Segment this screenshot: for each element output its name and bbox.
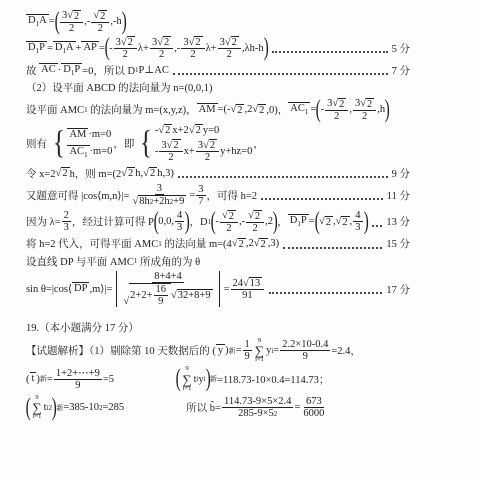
math-cases: {-√2x+2√2y=0-3√22x+3√22y+hz=0 [138, 124, 252, 163]
math-sigma: ∑ [182, 373, 191, 386]
math-line-14: 【试题解析】（1）剔除第 10 天数据后的 (y)新=199∑i=1yi=2.2… [26, 338, 410, 364]
math-line-11: 设直线 DP 与平面 AMC1 所成角的为 θ [26, 254, 410, 269]
math-cases: {AM·m=0AC1·m=0 [51, 128, 113, 159]
math-rbody: 2 [338, 98, 346, 110]
math-sum: 9∑i=1 [182, 366, 191, 392]
math-frac: 6736000 [301, 396, 326, 419]
math-sqrt: √8h2+2h2+9 [132, 195, 186, 207]
math-frac: 3√22 [159, 139, 182, 163]
math-vec: AC1 [288, 102, 310, 116]
math-frac: 3√8h2+2h2+9 [130, 183, 188, 207]
math-num: 114.73-9×5×2.4 [222, 396, 293, 408]
math-frac: 3√22 [325, 98, 348, 122]
math-rbody: 2 [254, 210, 262, 222]
math-sub: i [197, 375, 199, 383]
math-grp: (-3√22λ+3√22,-3√22λ+3√22,λh-h) [105, 36, 268, 60]
math-line-10: 将 h=2 代入，可得平面 AMC1 的法向量 m=(4√2,2√2,3)15 … [26, 236, 410, 251]
math-sub: 1 [36, 47, 40, 55]
math-bp: ( [211, 210, 216, 234]
math-frac: 37 [196, 184, 205, 207]
math-num: 3√2 [325, 98, 348, 111]
math-sqrt: √2 [157, 36, 171, 48]
math-grp: (9∑i=1tiyi) [176, 366, 210, 392]
math-line-16: (9∑i=1ti2)新=385-102=285所以 b̂=114.73-9×5×… [26, 395, 410, 421]
math-bp: ( [26, 396, 31, 420]
math-vec: AC [39, 63, 58, 77]
math-frac: 19 [243, 339, 252, 362]
math-sqrt: √2 [319, 216, 333, 228]
math-frac: 24√1391 [231, 277, 265, 301]
math-grp: (0,0,43) [154, 210, 190, 234]
math-line-7: 令 x=2√2h，则 m=(2√2h,√2h,3)9 分 [26, 166, 410, 181]
math-vec: D1A [53, 41, 76, 55]
math-num: 4 [175, 210, 184, 222]
math-den: 2 [96, 23, 105, 34]
math-num: 3√2 [159, 139, 182, 152]
math-frac: 3√22 [114, 36, 137, 60]
math-sup: 2 [150, 198, 154, 206]
math-grp: (9∑i=1ti2) [26, 395, 56, 421]
math-sub: 1 [135, 66, 139, 74]
math-sup: 2 [274, 410, 278, 418]
math-sqrt: √2 [336, 216, 350, 228]
math-rbody: 2 [238, 238, 246, 250]
math-rbody: 2 [228, 210, 236, 222]
math-den: 7 [196, 196, 205, 207]
dotted-leader [261, 198, 383, 200]
math-bp: ( [314, 210, 319, 234]
math-sub: 新 [40, 374, 47, 384]
math-num: 4 [353, 210, 362, 222]
math-den: 2 [332, 111, 341, 122]
math-sub: 1 [62, 47, 66, 55]
math-bp: ) [385, 98, 390, 122]
math-sqrt: √2 [143, 167, 157, 179]
math-gbody: -3√22λ+3√22,-3√22λ+3√22,λh-h [109, 36, 263, 60]
math-bar [116, 271, 117, 307]
math-bp: ) [52, 396, 57, 420]
math-line-15: (t)新=1+2+⋯+99=5(9∑i=1tiyi)新=118.73-10×0.… [26, 366, 410, 392]
math-rbody: 13 [249, 277, 263, 289]
math-rbody: 2 [149, 167, 157, 179]
math-crow: AM·m=0 [67, 128, 111, 142]
math-frac: 43 [353, 210, 362, 233]
math-frac: 8+4+4√2+2+169√32+8+9 [121, 271, 214, 307]
math-sqrt: √2+2+169 [123, 283, 171, 307]
math-rbody: 2 [231, 36, 239, 48]
math-sqrt: √32+8+9 [171, 289, 213, 301]
math-sub: 1 [297, 220, 301, 228]
math-frac: 3√22 [181, 36, 204, 60]
math-num: 2 [62, 210, 71, 222]
math-rbody: 2 [73, 10, 81, 22]
math-rbody: 2 [259, 238, 267, 250]
math-den: 6000 [301, 408, 326, 419]
math-rbody: 2 [209, 139, 217, 151]
math-den: 3 [62, 222, 71, 233]
math-rbody: 32+8+9 [177, 289, 213, 301]
math-frac: 1+2+⋯+99 [54, 367, 102, 391]
math-sub: 新 [56, 403, 63, 413]
math-vec: D1P [288, 214, 309, 228]
math-gbody: -√22,-√22,2 [215, 210, 273, 234]
math-line-13: 19.（本小题满分 17 分） [26, 320, 410, 335]
math-den: 2 [67, 23, 76, 34]
math-line-8: 又题意可得 |cos⟨m,n⟩|=3√8h2+2h2+9=37，可得 h=211… [26, 183, 410, 207]
math-frac: √22 [220, 210, 238, 234]
math-rbody: 2 [325, 216, 333, 228]
math-line-1: D1A=(3√22,-√22,-h) [26, 10, 410, 34]
math-grp: (√2,√2,43) [315, 210, 368, 234]
math-line-9: 因为 λ=23，经过计算可得 P(0,0,43)，D1(-√22,-√22,2)… [26, 210, 410, 234]
math-sqrt: √2 [189, 36, 203, 48]
math-line-2: D1P=D1A+AP=(-3√22λ+3√22,-3√22λ+3√22,λh-h… [26, 36, 410, 60]
math-rbody: 2 [195, 124, 203, 136]
math-sub: 1 [134, 257, 138, 265]
math-crow: -3√22x+3√22y+hz=0 [155, 139, 252, 163]
math-sub: 1 [36, 20, 40, 28]
math-sqrt: √2 [254, 238, 268, 250]
math-den: 2 [157, 49, 166, 60]
math-rbody: 2 [172, 139, 180, 151]
math-den: √2+2+169√32+8+9 [121, 283, 214, 307]
math-num: 1+2+⋯+9 [54, 367, 102, 380]
dotted-leader [283, 247, 382, 249]
math-rbody: 2 [258, 104, 266, 116]
math-crows: AM·m=0AC1·m=0 [67, 128, 112, 159]
math-sqrt: √2 [252, 104, 266, 116]
math-sqrt: √2 [225, 36, 239, 48]
math-den: 9 [301, 351, 310, 362]
math-den: 2 [224, 223, 233, 234]
math-frac: 169 [154, 284, 169, 307]
math-vec: AP [81, 41, 98, 55]
dotted-leader [173, 73, 388, 75]
math-vec: AC1 [67, 145, 89, 159]
math-frac: 3√22 [60, 10, 83, 34]
math-bp: ( [316, 98, 321, 122]
math-slim: i=1 [33, 414, 42, 421]
math-bp: ( [176, 367, 181, 391]
math-sub: 新 [210, 374, 217, 384]
math-sqrt: √2 [203, 139, 217, 151]
math-sqrt: √2 [121, 36, 135, 48]
math-sqrt: √2 [93, 10, 107, 22]
math-ov: y [216, 344, 225, 358]
math-sqrt: √2 [67, 10, 81, 22]
math-num: √2 [91, 10, 109, 23]
dotted-leader [272, 51, 388, 53]
math-bp: ) [121, 10, 126, 34]
math-rbody: 2 [341, 216, 349, 228]
math-num: 3 [155, 183, 164, 195]
math-bp: ) [205, 367, 210, 391]
math-line-4: （2）设平面 ABCD 的法向量为 n=(0,0,1) [26, 80, 410, 95]
math-bp: ( [54, 10, 59, 34]
math-abs: 8+4+4√2+2+169√32+8+9 [113, 271, 222, 307]
math-sqrt: √13 [243, 277, 262, 289]
math-frac: 114.73-9×5×2.4285-9×52 [222, 396, 293, 419]
math-gbody: 0,0,43 [158, 210, 185, 233]
math-sub: i [271, 347, 273, 355]
math-ov: t [30, 372, 37, 386]
math-sub: 1 [84, 151, 88, 159]
dotted-leader [269, 292, 382, 294]
math-sup: 2 [170, 198, 174, 206]
math-bp: ( [153, 210, 158, 234]
math-sub: 1 [158, 240, 162, 248]
math-line-5: 设平面 AMC1 的法向量为 m=(x,y,z)，AM=(-√2,2√2,0)，… [26, 98, 410, 122]
math-rbody: 2 [99, 10, 107, 22]
math-rbody: 2 [127, 167, 135, 179]
math-sum: 9∑i=1 [32, 395, 41, 421]
math-sqrt: √2 [222, 210, 236, 222]
math-num: 673 [304, 396, 324, 408]
math-rbody: 2 [61, 167, 69, 179]
math-sum: 9∑i=1 [255, 338, 264, 364]
math-sqrt: √2 [121, 167, 135, 179]
math-rbody: 2 [127, 36, 135, 48]
math-bp: ) [363, 210, 368, 234]
math-line-6: 则有 {AM·m=0AC1·m=0，即 {-√2x+2√2y=0-3√22x+3… [26, 124, 410, 163]
math-sqrt: √2 [332, 98, 346, 110]
math-frac: 3√22 [150, 36, 173, 60]
math-den: √8h2+2h2+9 [130, 195, 188, 207]
math-sqrt: √2 [167, 139, 181, 151]
math-line-12: sin θ=|cos⟨DP,m⟩|=8+4+4√2+2+169√32+8+9=2… [26, 271, 410, 307]
math-frac: 3√22 [353, 98, 376, 122]
math-rbody: 8h2+2h2+9 [138, 195, 186, 207]
math-num: 3√2 [181, 36, 204, 49]
dotted-leader [178, 176, 388, 178]
math-num: √2 [220, 210, 238, 223]
math-num: 3√2 [218, 36, 241, 49]
math-num: 1 [243, 339, 252, 351]
math-den: 2 [121, 49, 130, 60]
math-rbody: 2 [366, 98, 374, 110]
math-bar [219, 271, 220, 307]
math-den: 2 [250, 223, 259, 234]
math-grp: (-3√22,3√22,h) [316, 98, 389, 122]
math-num: 3√2 [60, 10, 83, 23]
math-sqrt: √2 [189, 124, 203, 136]
math-den: 3 [175, 222, 184, 233]
math-slim: i=1 [183, 386, 192, 393]
math-slim: i=1 [255, 357, 264, 364]
math-vec: AM [197, 103, 218, 117]
math-rbody: 2 [236, 104, 244, 116]
math-num: √2 [246, 210, 264, 223]
dotted-leader [372, 225, 383, 227]
math-gbody: 3√22,-√22,-h [59, 10, 122, 34]
math-crow: -√2x+2√2y=0 [155, 124, 219, 136]
math-bp: ) [273, 210, 278, 234]
math-den: 91 [240, 290, 255, 301]
math-rbody: 2 [164, 124, 172, 136]
math-den: 2 [166, 152, 175, 163]
math-sub: 新 [229, 346, 236, 356]
math-grp: (3√22,-√22,-h) [55, 10, 126, 34]
math-frac: √22 [91, 10, 109, 34]
math-num: 2.2×10-0.4 [280, 339, 330, 351]
math-den: 3 [353, 222, 362, 233]
math-crow: AC1·m=0 [67, 145, 112, 159]
math-den: 9 [156, 296, 165, 307]
math-den: 2 [188, 49, 197, 60]
math-grp: (-√22,-√22,2) [211, 210, 277, 234]
math-sqrt: √2 [158, 124, 172, 136]
math-sub: 1 [305, 108, 309, 116]
math-frac: √22 [246, 210, 264, 234]
document-page: D1A=(3√22,-√22,-h)D1P=D1A+AP=(-3√22λ+3√2… [0, 0, 480, 480]
math-sub: 1 [84, 106, 88, 114]
math-vec: D1P [61, 63, 82, 77]
math-gbody: -3√22,3√22,h [321, 98, 386, 122]
math-rbody: 2 [194, 36, 202, 48]
math-den: 2 [203, 152, 212, 163]
math-bp: ) [263, 36, 268, 60]
math-frac: 3√22 [218, 36, 241, 60]
math-num: 3√2 [196, 139, 219, 152]
math-sqrt: √2 [248, 210, 262, 222]
math-den: 2 [225, 49, 234, 60]
math-vec: D1P [26, 41, 47, 55]
math-rbody: 2+2+169 [129, 283, 171, 307]
math-num: 16 [154, 284, 169, 296]
math-den: 2 [360, 111, 369, 122]
math-sqrt: √2 [232, 238, 246, 250]
math-sqrt: √2 [56, 167, 70, 179]
math-vec: AM [67, 128, 88, 142]
math-sub: 1 [71, 69, 75, 77]
math-num: 3√2 [114, 36, 137, 49]
math-den: 9 [243, 351, 252, 362]
math-den: 9 [73, 380, 82, 391]
math-frac: 23 [62, 210, 71, 233]
math-den: 285-9×52 [236, 408, 279, 419]
math-frac: 3√22 [196, 139, 219, 163]
math-num: 3√2 [353, 98, 376, 111]
math-vec: DP [72, 282, 89, 296]
math-line-3: 故 AC·D1P=0，所以 D1P⊥AC7 分 [26, 63, 410, 78]
math-gbody: √2,√2,43 [319, 210, 364, 233]
math-num: 3 [196, 184, 205, 196]
math-num: 3√2 [150, 36, 173, 49]
math-brace: { [140, 129, 152, 159]
math-bp: ( [104, 36, 109, 60]
math-brace: { [53, 129, 65, 159]
math-sup: 2 [99, 404, 103, 412]
math-abody: 8+4+4√2+2+169√32+8+9 [120, 271, 215, 307]
math-gbody: 9∑i=1ti2 [30, 395, 52, 421]
math-num: 8+4+4 [152, 271, 184, 283]
math-rbody: 2 [163, 36, 171, 48]
math-sqrt: √2 [360, 98, 374, 110]
math-bp: ) [185, 210, 190, 234]
math-num: 24√13 [231, 277, 265, 290]
math-crows: -√2x+2√2y=0-3√22x+3√22y+hz=0 [155, 124, 252, 163]
math-sqrt: √2 [230, 104, 244, 116]
math-frac: 2.2×10-0.49 [280, 339, 330, 362]
math-gbody: 9∑i=1tiyi [180, 366, 205, 392]
math-vec: D1A [26, 14, 49, 28]
math-frac: 43 [175, 210, 184, 233]
